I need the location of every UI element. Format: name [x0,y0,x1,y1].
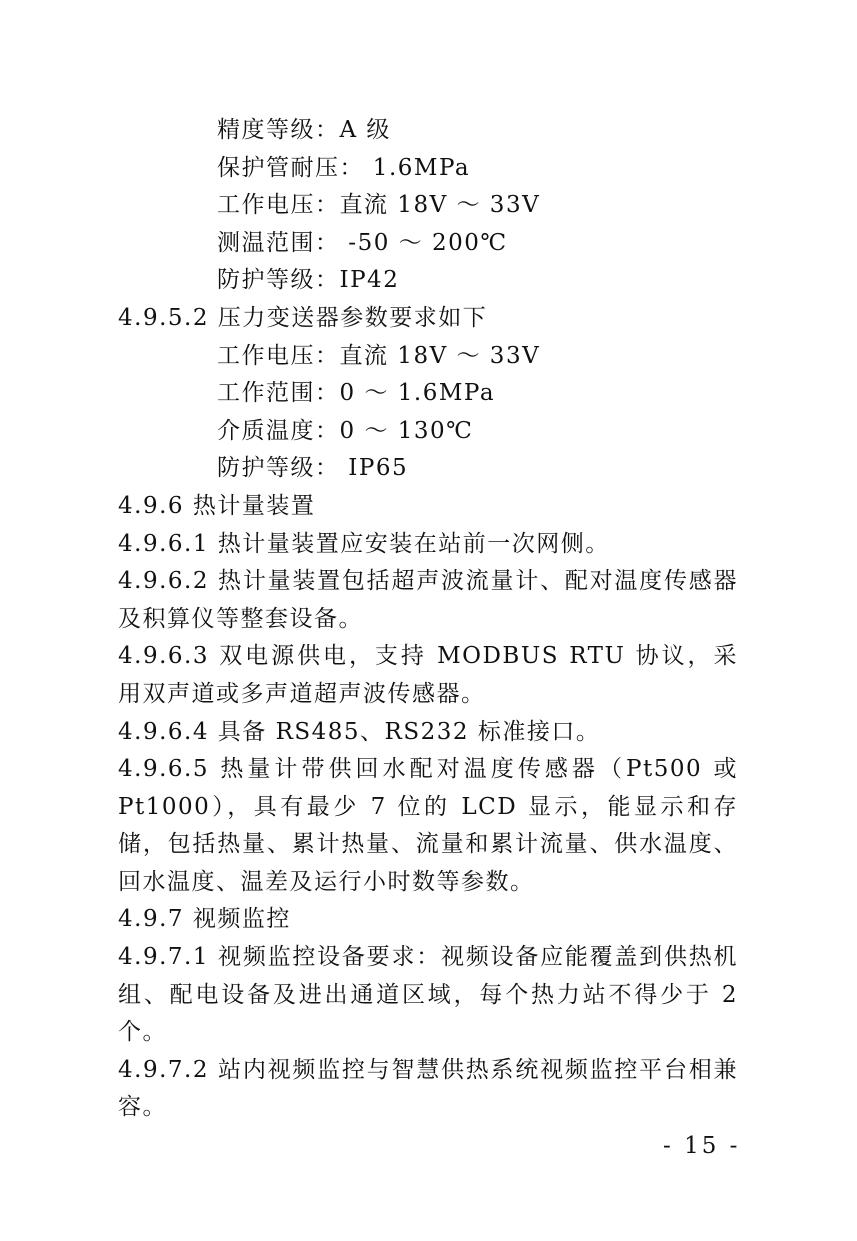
spec-tube-pressure: 保护管耐压： 1.6MPa [118,150,738,188]
spec-protection-grade: 防护等级： IP65 [118,450,738,488]
clause-4-9-6-3: 4.9.6.3 双电源供电，支持 MODBUS RTU 协议，采用双声道或多声道… [118,638,738,713]
temperature-sensor-specs: 精度等级：A 级 保护管耐压： 1.6MPa 工作电压：直流 18V ～ 33V… [118,112,738,300]
clause-4-9-6-4: 4.9.6.4 具备 RS485、RS232 标准接口。 [118,714,738,752]
section-heading: 4.9.6 热计量装置 [118,488,738,526]
spec-medium-temperature: 介质温度：0 ～ 130℃ [118,413,738,451]
spec-accuracy-grade: 精度等级：A 级 [118,112,738,150]
clause-4-9-6-2: 4.9.6.2 热计量装置包括超声波流量计、配对温度传感器及积算仪等整套设备。 [118,563,738,638]
spec-working-range: 工作范围：0 ～ 1.6MPa [118,375,738,413]
document-page: 精度等级：A 级 保护管耐压： 1.6MPa 工作电压：直流 18V ～ 33V… [118,112,738,1127]
spec-working-voltage: 工作电压：直流 18V ～ 33V [118,187,738,225]
spec-working-voltage: 工作电压：直流 18V ～ 33V [118,338,738,376]
clause-4-9-7-2: 4.9.7.2 站内视频监控与智慧供热系统视频监控平台相兼容。 [118,1052,738,1127]
section-heading: 4.9.5.2 压力变送器参数要求如下 [118,300,738,338]
clause-4-9-6-1: 4.9.6.1 热计量装置应安装在站前一次网侧。 [118,526,738,564]
section-4-9-6: 4.9.6 热计量装置 4.9.6.1 热计量装置应安装在站前一次网侧。 4.9… [118,488,738,902]
spec-temperature-range: 测温范围： -50 ～ 200℃ [118,225,738,263]
section-4-9-7: 4.9.7 视频监控 4.9.7.1 视频监控设备要求：视频设备应能覆盖到供热机… [118,901,738,1127]
section-4-9-5-2: 4.9.5.2 压力变送器参数要求如下 工作电压：直流 18V ～ 33V 工作… [118,300,738,488]
spec-protection-grade: 防护等级：IP42 [118,262,738,300]
section-heading: 4.9.7 视频监控 [118,901,738,939]
clause-4-9-6-5: 4.9.6.5 热量计带供回水配对温度传感器（Pt500 或 Pt1000），具… [118,751,738,901]
clause-4-9-7-1: 4.9.7.1 视频监控设备要求：视频设备应能覆盖到供热机组、配电设备及进出通道… [118,939,738,1052]
page-number: - 15 - [663,1128,740,1166]
